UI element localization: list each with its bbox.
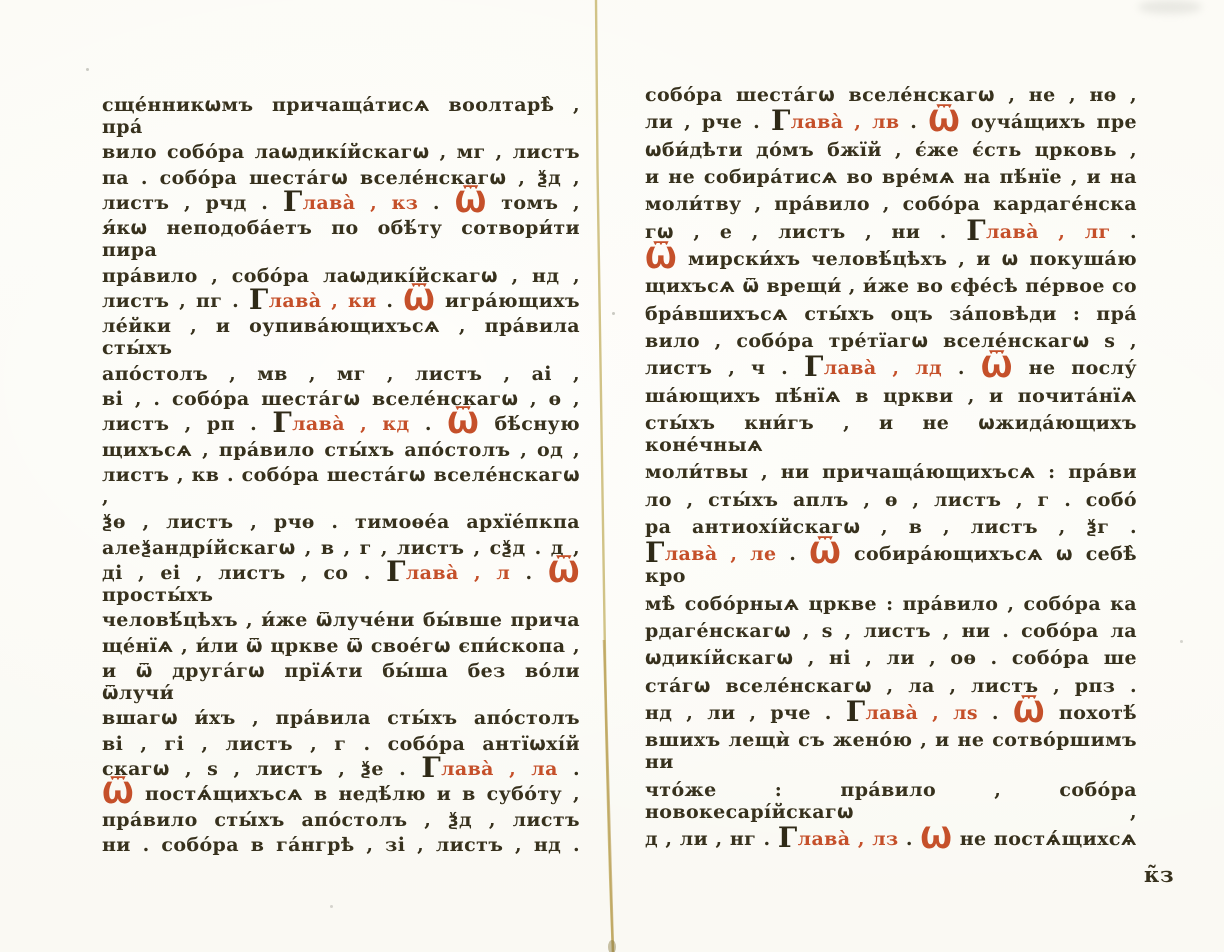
body-text: не послу́: [1013, 357, 1137, 379]
text-line: бра́вшихъсѧ сты́хъ оцъ за́повѣди : пра́: [645, 303, 1137, 325]
text-line: сты́хъ кни́гъ , и не ѡжида́ющихъ коне́чн…: [645, 412, 1137, 456]
glava-initial: Г: [778, 821, 798, 854]
body-text: ле́йки , и оупива́ющихъсѧ , пра́вила сты…: [102, 315, 580, 359]
rubric-text: лава̀ , лв: [791, 111, 900, 133]
body-text: моли́твы , ни причаща́ющихъсѧ : пра́ви: [645, 461, 1137, 483]
paper-speck: [330, 905, 333, 908]
text-line: рдаге́нскагѡ , ѕ , листъ , ни . собо́ра …: [645, 620, 1137, 642]
body-text: мѣ̀ собо́рныѧ цркве : пра́вило , собо́ра…: [645, 593, 1137, 615]
body-text: ра антиохі́йскагѡ , в , листъ , ѯг .: [645, 516, 1137, 538]
glava-initial: Г: [966, 214, 986, 247]
body-text: пра́вило , собо́ра лаѡдикі́йскагѡ , нд ,: [102, 265, 580, 287]
body-text: вило , собо́ра тре́тїагѡ вселе́нскагѡ ѕ …: [645, 330, 1137, 352]
text-line: мѣ̀ собо́рныѧ цркве : пра́вило , собо́ра…: [645, 593, 1137, 615]
body-text: ѯѳ , листъ , рчѳ . тимоѳе́а архїе́пкпа: [102, 511, 580, 533]
body-text: па . собо́ра шеста́гѡ вселе́нскагѡ , ѯд …: [102, 167, 580, 189]
chapter-initial: Ѿ: [1013, 695, 1045, 729]
text-line: ѡби́дѣти до́мъ бжїй , є́же є́сть црковь …: [645, 139, 1137, 161]
body-text: томъ ,: [487, 192, 580, 214]
body-text: моли́тву , пра́вило , собо́ра кардаге́нс…: [645, 193, 1137, 215]
text-line: и ѿ друга́гѡ прїѧ́ти бы́ша без во́ли ѿлу…: [102, 660, 580, 704]
paper-speck: [1180, 640, 1183, 643]
chapter-initial: Ѡ: [920, 821, 952, 855]
glava-initial: Г: [846, 695, 866, 728]
body-text: ді , еі , листъ , со .: [102, 562, 386, 584]
body-text: .: [1111, 221, 1137, 243]
text-line: ѯѳ , листъ , рчѳ . тимоѳе́а архїе́пкпа: [102, 511, 580, 533]
body-text: .: [418, 192, 454, 214]
body-text: я́кѡ неподоба́етъ по обѣ́ту сотвори́ти п…: [102, 217, 580, 261]
body-text: ни . собо́ра в га́нгрѣ , зі , листъ , нд…: [102, 834, 580, 856]
text-line: ра антиохі́йскагѡ , в , листъ , ѯг .: [645, 516, 1137, 538]
body-text: .: [776, 543, 809, 565]
body-text: ѡби́дѣти до́мъ бжїй , є́же є́сть црковь …: [645, 139, 1137, 161]
body-text: скагѡ , ѕ , листъ , ѯе .: [102, 758, 421, 780]
body-text: сты́хъ кни́гъ , и не ѡжида́ющихъ коне́чн…: [645, 412, 1137, 456]
text-line: ще́нїѧ , и́ли ѿ цркве ѿ свое́гѡ єпи́скоп…: [102, 635, 580, 657]
body-text: листъ , кв . собо́ра шеста́гѡ вселе́нска…: [102, 464, 580, 508]
text-line: ле́йки , и оупива́ющихъсѧ , пра́вила сты…: [102, 315, 580, 359]
body-text: ще́нїѧ , и́ли ѿ цркве ѿ свое́гѡ єпи́скоп…: [102, 635, 580, 657]
body-text: .: [978, 702, 1013, 724]
chapter-initial: Ѿ: [981, 350, 1013, 384]
text-line: что́же : пра́вило , собо́ра новокесарі́й…: [645, 779, 1137, 823]
body-text: ві , гі , листъ , г . собо́ра антїѡхі́й: [102, 733, 580, 755]
body-text: листъ , рп .: [102, 413, 272, 435]
body-text: постѧ́щихъсѧ в недѣ́лю и в субо́ту ,: [134, 783, 580, 805]
chapter-initial: Ѿ: [447, 406, 479, 440]
text-line: нд , ли , рче . Глава̀ , лѕ . Ѿ похотѣ́: [645, 702, 1137, 724]
text-line: листъ , пг . Глава̀ , ки . Ѿ игра́ющихъ: [102, 290, 580, 312]
rubric-text: лава̀ , л: [406, 562, 510, 584]
body-text: апо́столъ , мв , мг , листъ , аі ,: [102, 363, 580, 385]
text-line: щихъсѧ ѿ врещи́ , и́же во єфе́сѣ пе́рвое…: [645, 275, 1137, 297]
body-text: и не собира́тисѧ во вре́мѧ на пѣ́нїе , и…: [645, 166, 1137, 188]
glava-initial: Г: [386, 555, 406, 588]
rubric-text: лава̀ , ле: [665, 543, 777, 565]
paper-speck: [612, 312, 615, 315]
body-text: щихъсѧ ѿ врещи́ , и́же во єфе́сѣ пе́рвое…: [645, 275, 1137, 297]
body-text: ло , сты́хъ аплъ , ѳ , листъ , г . собо́: [645, 489, 1137, 511]
text-line: листъ , ч . Глава̀ , лд . Ѿ не послу́: [645, 357, 1137, 379]
text-line: и не собира́тисѧ во вре́мѧ на пѣ́нїе , и…: [645, 166, 1137, 188]
chapter-initial: Ѿ: [809, 536, 841, 570]
rubric-text: лава̀ , ла: [441, 758, 558, 780]
text-line: ді , еі , листъ , со . Глава̀ , л . Ѿ пр…: [102, 562, 580, 606]
text-line: ві , . собо́ра шеста́гѡ вселе́нскагѡ , ѳ…: [102, 388, 580, 410]
text-line: щихъсѧ , пра́вило сты́хъ апо́столъ , од …: [102, 439, 580, 461]
body-text: человѣ́цѣхъ , и́же ѿлуче́ни бы́вше прича: [102, 609, 580, 631]
text-line: человѣ́цѣхъ , и́же ѿлуче́ни бы́вше прича: [102, 609, 580, 631]
body-text: что́же : пра́вило , собо́ра новокесарі́й…: [645, 779, 1137, 823]
text-line: вшихъ лещѝ съ жено́ю , и не сотво́ршимъ …: [645, 729, 1137, 773]
text-line: алеѯандрі́йскагѡ , в , г , листъ , сѯд .…: [102, 537, 580, 559]
scan-smudge: [1138, 0, 1202, 14]
glava-initial: Г: [283, 185, 303, 218]
text-line: Ѿ мирски́хъ человѣ́цѣхъ , и ѡ покуша́ю: [645, 248, 1137, 270]
body-text: листъ , ч .: [645, 357, 804, 379]
body-text: .: [410, 413, 448, 435]
body-text: ли , рче .: [645, 111, 771, 133]
glava-initial: Г: [804, 350, 824, 383]
text-line: апо́столъ , мв , мг , листъ , аі ,: [102, 363, 580, 385]
text-line: собо́ра шеста́гѡ вселе́нскагѡ , не , нѳ …: [645, 84, 1137, 106]
text-line: пра́вило , собо́ра лаѡдикі́йскагѡ , нд ,: [102, 265, 580, 287]
right-page-text: собо́ра шеста́гѡ вселе́нскагѡ , не , нѳ …: [645, 84, 1137, 850]
body-text: ша́ющихъ пѣ́нїѧ в цркви , и почита́нїѧ: [645, 385, 1137, 407]
chapter-initial: Ѿ: [455, 185, 487, 219]
body-text: .: [942, 357, 981, 379]
text-line: я́кѡ неподоба́етъ по обѣ́ту сотвори́ти п…: [102, 217, 580, 261]
rubric-text: лава̀ , лг: [986, 221, 1111, 243]
glava-initial: Г: [249, 283, 269, 316]
text-line: листъ , кв . собо́ра шеста́гѡ вселе́нска…: [102, 464, 580, 508]
text-line: Ѿ постѧ́щихъсѧ в недѣ́лю и в субо́ту ,: [102, 783, 580, 805]
text-line: Глава̀ , ле . Ѿ собира́ющихъсѧ ѡ себѣ̀ к…: [645, 543, 1137, 587]
text-line: па . собо́ра шеста́гѡ вселе́нскагѡ , ѯд …: [102, 167, 580, 189]
body-text: д , ли , нг .: [645, 828, 778, 850]
text-line: гѡ , е , листъ , ни . Глава̀ , лг .: [645, 221, 1137, 243]
body-text: алеѯандрі́йскагѡ , в , г , листъ , сѯд .…: [102, 537, 580, 559]
body-text: вшихъ лещѝ съ жено́ю , и не сотво́ршимъ …: [645, 729, 1137, 773]
chapter-initial: Ѿ: [928, 104, 960, 138]
body-text: щихъсѧ , пра́вило сты́хъ апо́столъ , од …: [102, 439, 580, 461]
text-line: вшагѡ и́хъ , пра́вила сты́хъ апо́столъ: [102, 707, 580, 729]
text-line: д , ли , нг . Глава̀ , лз . Ѡ не постѧ́щ…: [645, 828, 1137, 850]
body-text: пра́вило сты́хъ апо́столъ , ѯд , листъ: [102, 809, 580, 831]
body-text: .: [899, 111, 928, 133]
glava-initial: Г: [771, 104, 791, 137]
body-text: собо́ра шеста́гѡ вселе́нскагѡ , не , нѳ …: [645, 84, 1137, 106]
text-line: листъ , рп . Глава̀ , кд . Ѿ бѣ́сную: [102, 413, 580, 435]
text-line: ло , сты́хъ аплъ , ѳ , листъ , г . собо́: [645, 489, 1137, 511]
text-line: моли́тву , пра́вило , собо́ра кардаге́нс…: [645, 193, 1137, 215]
text-line: ни . собо́ра в га́нгрѣ , зі , листъ , нд…: [102, 834, 580, 856]
body-text: не постѧ́щихсѧ: [952, 828, 1137, 850]
body-text: оуча́щихъ пре: [960, 111, 1137, 133]
paper-speck: [86, 68, 89, 71]
body-text: ста́гѡ вселе́нскагѡ , ла , листъ , рпз .: [645, 675, 1137, 697]
text-line: скагѡ , ѕ , листъ , ѯе . Глава̀ , ла .: [102, 758, 580, 780]
body-text: листъ , пг .: [102, 290, 249, 312]
body-text: .: [377, 290, 404, 312]
body-text: .: [558, 758, 580, 780]
rubric-text: лава̀ , кз: [303, 192, 419, 214]
body-text: рдаге́нскагѡ , ѕ , листъ , ни . собо́ра …: [645, 620, 1137, 642]
left-page-text: сще́нникѡмъ причаща́тисѧ воолтарѣ̀ , пра…: [102, 94, 580, 856]
rubric-text: лава̀ , лз: [798, 828, 899, 850]
text-line: листъ , рчд . Глава̀ , кз . Ѿ томъ ,: [102, 192, 580, 214]
body-text: гѡ , е , листъ , ни .: [645, 221, 966, 243]
rubric-text: лава̀ , кд: [292, 413, 410, 435]
text-line: ѡдикі́йскагѡ , ні , ли , оѳ . собо́ра ше: [645, 647, 1137, 669]
body-text: и ѿ друга́гѡ прїѧ́ти бы́ша без во́ли ѿлу…: [102, 660, 580, 704]
folio-number: к̃з: [1144, 862, 1175, 887]
text-line: ста́гѡ вселе́нскагѡ , ла , листъ , рпз .: [645, 675, 1137, 697]
glava-initial: Г: [421, 751, 441, 784]
body-text: мирски́хъ человѣ́цѣхъ , и ѡ покуша́ю: [677, 248, 1137, 270]
text-line: ли , рче . Глава̀ , лв . Ѿ оуча́щихъ пре: [645, 111, 1137, 133]
chapter-initial: Ѿ: [548, 555, 580, 589]
body-text: листъ , рчд .: [102, 192, 283, 214]
rubric-text: лава̀ , лѕ: [865, 702, 978, 724]
body-text: игра́ющихъ: [435, 290, 580, 312]
body-text: бѣ́сную: [479, 413, 580, 435]
body-text: ві , . собо́ра шеста́гѡ вселе́нскагѡ , ѳ…: [102, 388, 580, 410]
body-text: вило собо́ра лаѡдикі́йскагѡ , мг , листъ: [102, 141, 580, 163]
glava-initial: Г: [272, 406, 292, 439]
body-text: .: [899, 828, 921, 850]
rubric-text: лава̀ , ки: [269, 290, 377, 312]
body-text: сще́нникѡмъ причаща́тисѧ воолтарѣ̀ , пра…: [102, 94, 580, 138]
chapter-initial: Ѿ: [645, 241, 677, 275]
book-spread: сще́нникѡмъ причаща́тисѧ воолтарѣ̀ , пра…: [0, 0, 1224, 952]
body-text: похотѣ́: [1045, 702, 1137, 724]
body-text: просты́хъ: [102, 584, 213, 606]
text-line: ві , гі , листъ , г . собо́ра антїѡхі́й: [102, 733, 580, 755]
rubric-text: лава̀ , лд: [824, 357, 942, 379]
body-text: бра́вшихъсѧ сты́хъ оцъ за́повѣди : пра́: [645, 303, 1137, 325]
text-line: сще́нникѡмъ причаща́тисѧ воолтарѣ̀ , пра…: [102, 94, 580, 138]
chapter-initial: Ѿ: [102, 776, 134, 810]
body-text: вшагѡ и́хъ , пра́вила сты́хъ апо́столъ: [102, 707, 580, 729]
body-text: нд , ли , рче .: [645, 702, 846, 724]
text-line: моли́твы , ни причаща́ющихъсѧ : пра́ви: [645, 461, 1137, 483]
text-line: пра́вило сты́хъ апо́столъ , ѯд , листъ: [102, 809, 580, 831]
chapter-initial: Ѿ: [403, 283, 435, 317]
text-line: ша́ющихъ пѣ́нїѧ в цркви , и почита́нїѧ: [645, 385, 1137, 407]
text-line: вило собо́ра лаѡдикі́йскагѡ , мг , листъ: [102, 141, 580, 163]
body-text: .: [510, 562, 548, 584]
body-text: ѡдикі́йскагѡ , ні , ли , оѳ . собо́ра ше: [645, 647, 1137, 669]
text-line: вило , собо́ра тре́тїагѡ вселе́нскагѡ ѕ …: [645, 330, 1137, 352]
